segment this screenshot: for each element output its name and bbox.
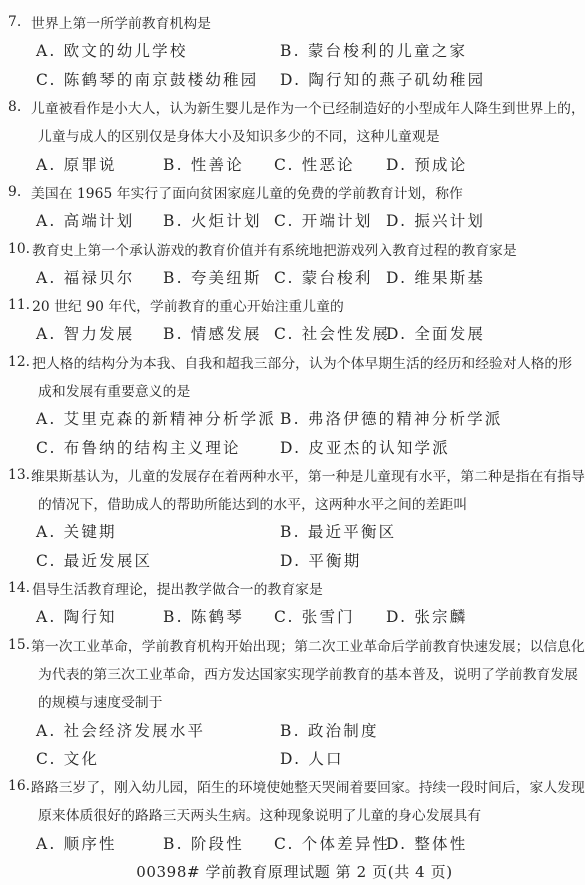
question-statement: 为代表的第三次工业革命，西方发达国家实现学前教育的基本普及，说明了学前教育发展 xyxy=(38,663,578,683)
option-row: C. 最近发展区D. 平衡期 xyxy=(8,546,581,574)
option-row: A. 陶行知B. 陈鹤琴C. 张雪门D. 张宗麟 xyxy=(8,602,581,630)
question-number: 10. xyxy=(8,241,30,257)
question-text-line: 7.世界上第一所学前教育机构是 xyxy=(8,8,581,36)
option-A: A. 高端计划 xyxy=(36,209,163,231)
question-10: 10.教育史上第一个承认游戏的教育价值并有系统地把游戏列入教育过程的教育家是A.… xyxy=(8,234,581,291)
question-text-line: 13.维果斯基认为，儿童的发展存在着两种水平，第一种是儿童现有水平，第二种是指在… xyxy=(8,461,581,489)
question-11: 11.20 世纪 90 年代，学前教育的重心开始注重儿童的A. 智力发展B. 情… xyxy=(8,291,581,348)
option-B: B. 性善论 xyxy=(163,153,274,175)
question-statement: 儿童被看作是小大人，认为新生婴儿是作为一个已经制造好的小型成年人降生到世界上的， xyxy=(31,97,585,117)
option-B: B. 阶段性 xyxy=(163,832,274,854)
option-D: D. 陶行知的燕子矶幼稚园 xyxy=(280,68,581,90)
question-13: 13.维果斯基认为，儿童的发展存在着两种水平，第一种是儿童现有水平，第二种是指在… xyxy=(8,461,581,574)
option-C: C. 陈鹤琴的南京鼓楼幼稚园 xyxy=(36,68,280,90)
question-statement: 儿童与成人的区别仅是身体大小及知识多少的不同，这种儿童观是 xyxy=(38,125,440,145)
question-number: 16. xyxy=(8,778,29,794)
question-text-line: 的规模与速度受制于 xyxy=(8,687,581,715)
question-statement: 把人格的结构分为本我、自我和超我三部分，认为个体早期生活的经历和经验对人格的形 xyxy=(32,352,572,372)
question-statement: 维果斯基认为，儿童的发展存在着两种水平，第一种是儿童现有水平，第二种是指在有指导 xyxy=(31,465,585,485)
question-text-line: 9.美国在 1965 年实行了面向贫困家庭儿童的免费的学前教育计划，称作 xyxy=(8,178,581,206)
option-C: C. 蒙台梭利 xyxy=(274,266,386,288)
question-number: 14. xyxy=(8,580,30,596)
question-text-line: 原来体质很好的路路三天两头生病。这种现象说明了儿童的身心发展具有 xyxy=(8,800,581,828)
option-row: A. 福禄贝尔B. 夸美纽斯C. 蒙台梭利D. 维果斯基 xyxy=(8,263,581,291)
option-A: A. 欧文的幼儿学校 xyxy=(36,39,280,61)
option-A: A. 原罪说 xyxy=(36,153,163,175)
option-A: A. 顺序性 xyxy=(36,832,163,854)
option-C: C. 文化 xyxy=(36,747,280,769)
option-B: B. 火炬计划 xyxy=(163,209,274,231)
option-B: B. 最近平衡区 xyxy=(280,520,581,542)
question-8: 8.儿童被看作是小大人，认为新生婴儿是作为一个已经制造好的小型成年人降生到世界上… xyxy=(8,93,581,178)
question-number: 12. xyxy=(8,354,30,370)
option-row: A. 欧文的幼儿学校B. 蒙台梭利的儿童之家 xyxy=(8,36,581,64)
option-B: B. 政治制度 xyxy=(280,719,581,741)
page-footer: 00398# 学前教育原理试题 第 2 页(共 4 页) xyxy=(8,857,581,885)
option-B: B. 夸美纽斯 xyxy=(163,266,274,288)
questions-container: 7.世界上第一所学前教育机构是A. 欧文的幼儿学校B. 蒙台梭利的儿童之家C. … xyxy=(8,8,581,857)
option-A: A. 社会经济发展水平 xyxy=(36,719,280,741)
question-number: 15. xyxy=(8,637,29,653)
question-text-line: 14.倡导生活教育理论，提出教学做合一的教育家是 xyxy=(8,574,581,602)
question-number: 11. xyxy=(8,297,30,313)
option-row: C. 布鲁纳的结构主义理论D. 皮亚杰的认知学派 xyxy=(8,432,581,460)
option-C: C. 张雪门 xyxy=(274,605,386,627)
question-7: 7.世界上第一所学前教育机构是A. 欧文的幼儿学校B. 蒙台梭利的儿童之家C. … xyxy=(8,8,581,93)
question-number: 9. xyxy=(8,184,29,200)
option-row: A. 原罪说B. 性善论C. 性恶论D. 预成论 xyxy=(8,149,581,177)
option-A: A. 艾里克森的新精神分析学派 xyxy=(36,407,280,429)
question-text-line: 成和发展有重要意义的是 xyxy=(8,376,581,404)
question-15: 15.第一次工业革命，学前教育机构开始出现；第二次工业革命后学前教育快速发展；以… xyxy=(8,631,581,772)
question-statement: 世界上第一所学前教育机构是 xyxy=(31,12,211,32)
option-row: A. 顺序性B. 阶段性C. 个体差异性D. 整体性 xyxy=(8,829,581,857)
question-text-line: 11.20 世纪 90 年代，学前教育的重心开始注重儿童的 xyxy=(8,291,581,319)
option-row: A. 智力发展B. 情感发展C. 社会性发展D. 全面发展 xyxy=(8,319,581,347)
option-D: D. 皮亚杰的认知学派 xyxy=(280,436,581,458)
option-C: C. 性恶论 xyxy=(274,153,386,175)
option-row: A. 艾里克森的新精神分析学派B. 弗洛伊德的精神分析学派 xyxy=(8,404,581,432)
exam-page: 7.世界上第一所学前教育机构是A. 欧文的幼儿学校B. 蒙台梭利的儿童之家C. … xyxy=(0,0,585,885)
option-D: D. 维果斯基 xyxy=(386,266,581,288)
question-text-line: 10.教育史上第一个承认游戏的教育价值并有系统地把游戏列入教育过程的教育家是 xyxy=(8,234,581,262)
question-statement: 路路三岁了，刚入幼儿园，陌生的环境使她整天哭闹着要回家。持续一段时间后，家人发现 xyxy=(31,776,585,796)
option-B: B. 弗洛伊德的精神分析学派 xyxy=(280,407,581,429)
question-text-line: 的情况下，借助成人的帮助所能达到的水平，这两种水平之间的差距叫 xyxy=(8,489,581,517)
option-row: C. 文化D. 人口 xyxy=(8,744,581,772)
option-D: D. 预成论 xyxy=(386,153,581,175)
question-number: 8. xyxy=(8,99,29,115)
question-text-line: 8.儿童被看作是小大人，认为新生婴儿是作为一个已经制造好的小型成年人降生到世界上… xyxy=(8,93,581,121)
question-number: 7. xyxy=(8,14,29,30)
question-16: 16.路路三岁了，刚入幼儿园，陌生的环境使她整天哭闹着要回家。持续一段时间后，家… xyxy=(8,772,581,857)
question-statement: 倡导生活教育理论，提出教学做合一的教育家是 xyxy=(32,578,323,598)
option-C: C. 布鲁纳的结构主义理论 xyxy=(36,436,280,458)
question-text-line: 16.路路三岁了，刚入幼儿园，陌生的环境使她整天哭闹着要回家。持续一段时间后，家… xyxy=(8,772,581,800)
question-number: 13. xyxy=(8,467,29,483)
option-D: D. 整体性 xyxy=(386,832,581,854)
option-A: A. 智力发展 xyxy=(36,322,163,344)
option-A: A. 福禄贝尔 xyxy=(36,266,163,288)
question-text-line: 为代表的第三次工业革命，西方发达国家实现学前教育的基本普及，说明了学前教育发展 xyxy=(8,659,581,687)
question-text-line: 12.把人格的结构分为本我、自我和超我三部分，认为个体早期生活的经历和经验对人格… xyxy=(8,348,581,376)
option-A: A. 关键期 xyxy=(36,520,280,542)
option-D: D. 张宗麟 xyxy=(386,605,581,627)
question-statement: 第一次工业革命，学前教育机构开始出现；第二次工业革命后学前教育快速发展；以信息化 xyxy=(31,635,585,655)
option-B: B. 蒙台梭利的儿童之家 xyxy=(280,39,581,61)
option-A: A. 陶行知 xyxy=(36,605,163,627)
option-row: A. 关键期B. 最近平衡区 xyxy=(8,517,581,545)
option-D: D. 振兴计划 xyxy=(386,209,581,231)
option-row: A. 高端计划B. 火炬计划C. 开端计划D. 振兴计划 xyxy=(8,206,581,234)
question-text-line: 15.第一次工业革命，学前教育机构开始出现；第二次工业革命后学前教育快速发展；以… xyxy=(8,631,581,659)
question-statement: 美国在 1965 年实行了面向贫困家庭儿童的免费的学前教育计划，称作 xyxy=(31,182,463,202)
question-statement: 的情况下，借助成人的帮助所能达到的水平，这两种水平之间的差距叫 xyxy=(38,493,467,513)
option-D: D. 平衡期 xyxy=(280,549,581,571)
option-C: C. 开端计划 xyxy=(274,209,386,231)
option-row: C. 陈鹤琴的南京鼓楼幼稚园D. 陶行知的燕子矶幼稚园 xyxy=(8,65,581,93)
option-B: B. 陈鹤琴 xyxy=(163,605,274,627)
question-statement: 20 世纪 90 年代，学前教育的重心开始注重儿童的 xyxy=(32,295,344,315)
question-statement: 的规模与速度受制于 xyxy=(38,691,163,711)
question-text-line: 儿童与成人的区别仅是身体大小及知识多少的不同，这种儿童观是 xyxy=(8,121,581,149)
option-C: C. 个体差异性 xyxy=(274,832,386,854)
question-statement: 成和发展有重要意义的是 xyxy=(38,380,190,400)
question-statement: 原来体质很好的路路三天两头生病。这种现象说明了儿童的身心发展具有 xyxy=(38,804,481,824)
option-C: C. 社会性发展 xyxy=(274,322,386,344)
option-D: D. 全面发展 xyxy=(386,322,581,344)
question-12: 12.把人格的结构分为本我、自我和超我三部分，认为个体早期生活的经历和经验对人格… xyxy=(8,348,581,461)
option-C: C. 最近发展区 xyxy=(36,549,280,571)
question-9: 9.美国在 1965 年实行了面向贫困家庭儿童的免费的学前教育计划，称作A. 高… xyxy=(8,178,581,235)
question-14: 14.倡导生活教育理论，提出教学做合一的教育家是A. 陶行知B. 陈鹤琴C. 张… xyxy=(8,574,581,631)
option-B: B. 情感发展 xyxy=(163,322,274,344)
question-statement: 教育史上第一个承认游戏的教育价值并有系统地把游戏列入教育过程的教育家是 xyxy=(32,239,517,259)
option-D: D. 人口 xyxy=(280,747,581,769)
option-row: A. 社会经济发展水平B. 政治制度 xyxy=(8,715,581,743)
